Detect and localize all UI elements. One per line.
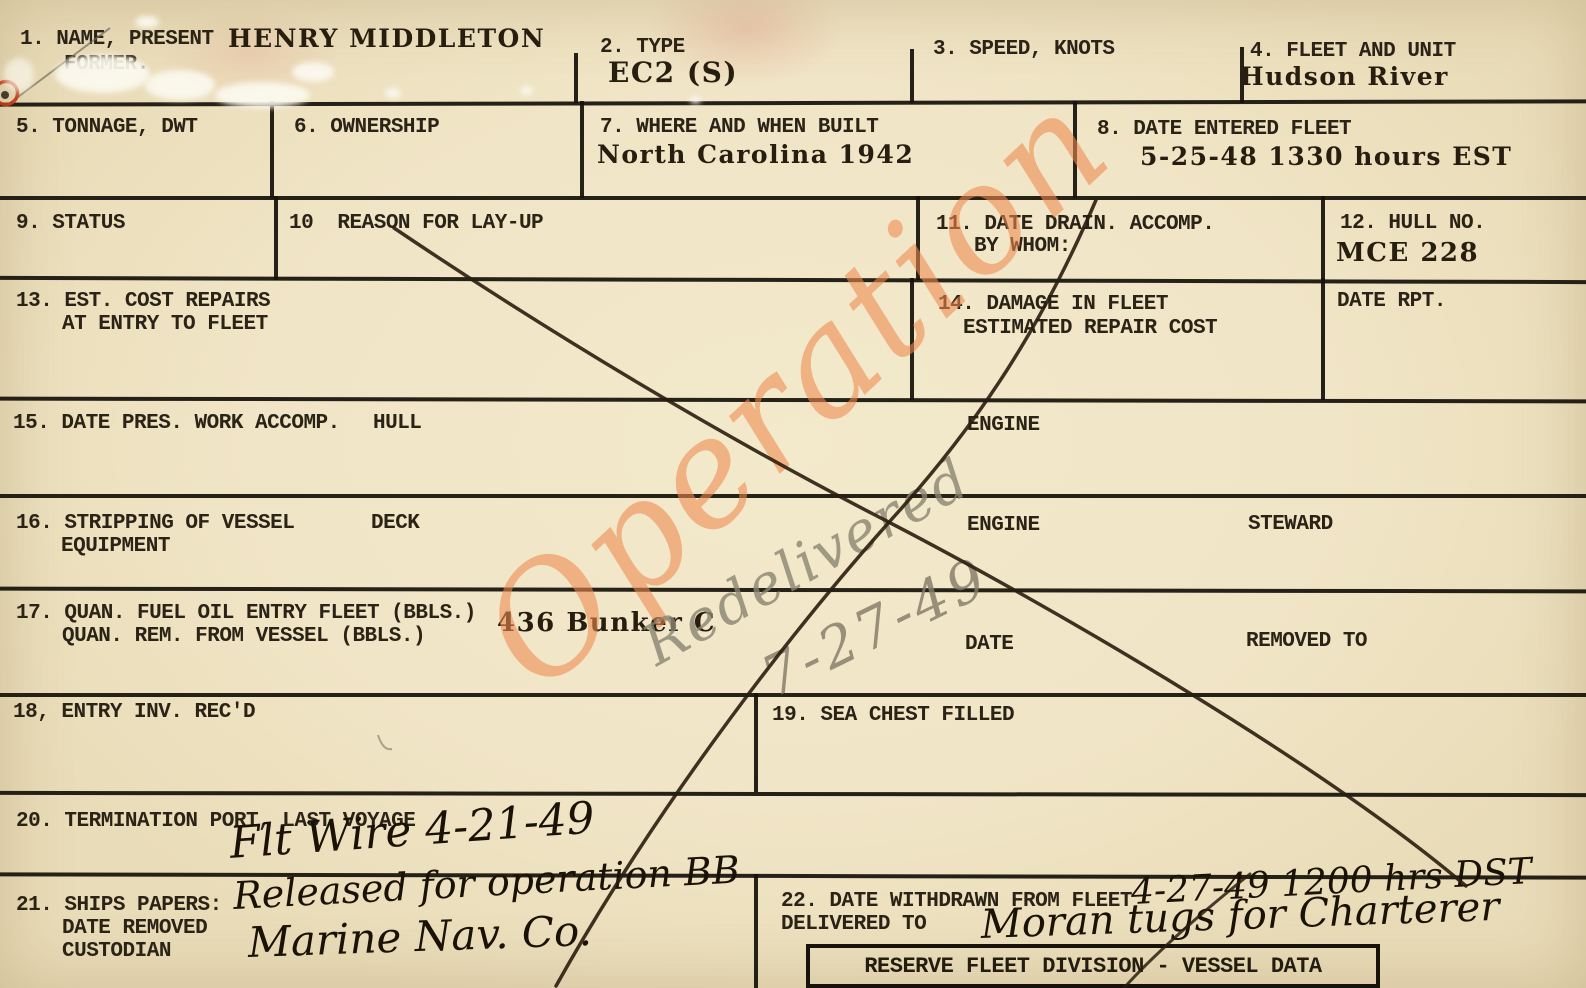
field-1-value: HENRY MIDDLETON [228,24,545,53]
paper-scuff [520,86,533,95]
field-17-removedto-label: REMOVED TO [1246,630,1367,653]
field-8-value: 5-25-48 1330 hours EST [1140,142,1512,171]
grid-line [0,791,1586,797]
field-13-label: 13. EST. COST REPAIRS [16,290,270,313]
pencil-check-mark [378,735,392,749]
grid-line [274,196,278,280]
paper-scuff [55,55,150,93]
field-12-label: 12. HULL NO. [1340,212,1485,235]
field-21-label2: DATE REMOVED [62,917,207,940]
paper-scuff [4,58,34,92]
vessel-data-card: 1. NAME, PRESENT FORMER. HENRY MIDDLETON… [0,0,1586,988]
grid-line [1321,196,1325,280]
field-4-value: Hudson River [1240,62,1449,91]
field-16-deck-label: DECK [371,512,419,535]
grid-line [1321,278,1325,400]
field-17-date-label: DATE [965,633,1013,656]
grid-line [574,53,578,103]
field-4-label: 4. FLEET AND UNIT [1250,40,1456,63]
field-7-label: 7. WHERE AND WHEN BUILT [600,116,878,139]
field-16-label2: EQUIPMENT [61,535,170,558]
paper-scuff [135,16,159,28]
field-22-label-deliveredto: DELIVERED TO [781,913,926,936]
field-14-label2: ESTIMATED REPAIR COST [963,317,1217,340]
field-7-value: North Carolina 1942 [597,140,914,169]
field-8-label: 8. DATE ENTERED FLEET [1097,118,1351,141]
field-16-steward-label: STEWARD [1248,513,1333,536]
field-16-engine-label: ENGINE [967,514,1040,537]
field-5-label: 5. TONNAGE, DWT [16,116,198,139]
field-15-engine-label: ENGINE [967,414,1040,437]
grid-line [580,101,584,198]
paper-scuff [215,82,310,108]
field-9-label: 9. STATUS [16,212,125,235]
field-17-label: 17. QUAN. FUEL OIL ENTRY FLEET (BBLS.) [16,602,476,625]
field-6-label: 6. OWNERSHIP [294,116,439,139]
field-12-value: MCE 228 [1336,238,1479,268]
paper-scuff [292,62,334,82]
field-17-label2: QUAN. REM. FROM VESSEL (BBLS.) [62,625,425,648]
footer-title: RESERVE FLEET DIVISION - VESSEL DATA [864,954,1321,979]
paper-scuff [385,88,401,98]
grid-line [754,693,758,792]
paper-scuff [690,96,701,104]
paper-scuff [145,70,215,100]
field-2-value: EC2 (S) [608,56,738,89]
field-15-hull-label: HULL [373,412,421,435]
field-16-label: 16. STRIPPING OF VESSEL [16,512,294,535]
field-21-label3: CUSTODIAN [62,940,171,963]
field-19-label: 19. SEA CHEST FILLED [772,704,1014,727]
grid-line [910,49,914,103]
field-1-label: 1. NAME, PRESENT [20,28,214,51]
date-rpt-label: DATE RPT. [1337,290,1446,313]
field-15-label: 15. DATE PRES. WORK ACCOMP. [13,412,340,435]
field-13-label2: AT ENTRY TO FLEET [62,313,268,336]
grid-line [754,874,758,988]
grid-line [0,196,1586,200]
field-21-handwriting-2: Marine Nav. Co. [247,906,593,967]
field-18-label: 18, ENTRY INV. REC'D [13,701,255,724]
ink-dot [1,91,9,99]
field-21-label: 21. SHIPS PAPERS: [16,894,222,917]
footer-title-box: RESERVE FLEET DIVISION - VESSEL DATA [806,944,1380,988]
grid-line [270,101,274,198]
field-10-label: 10 REASON FOR LAY-UP [289,212,543,235]
